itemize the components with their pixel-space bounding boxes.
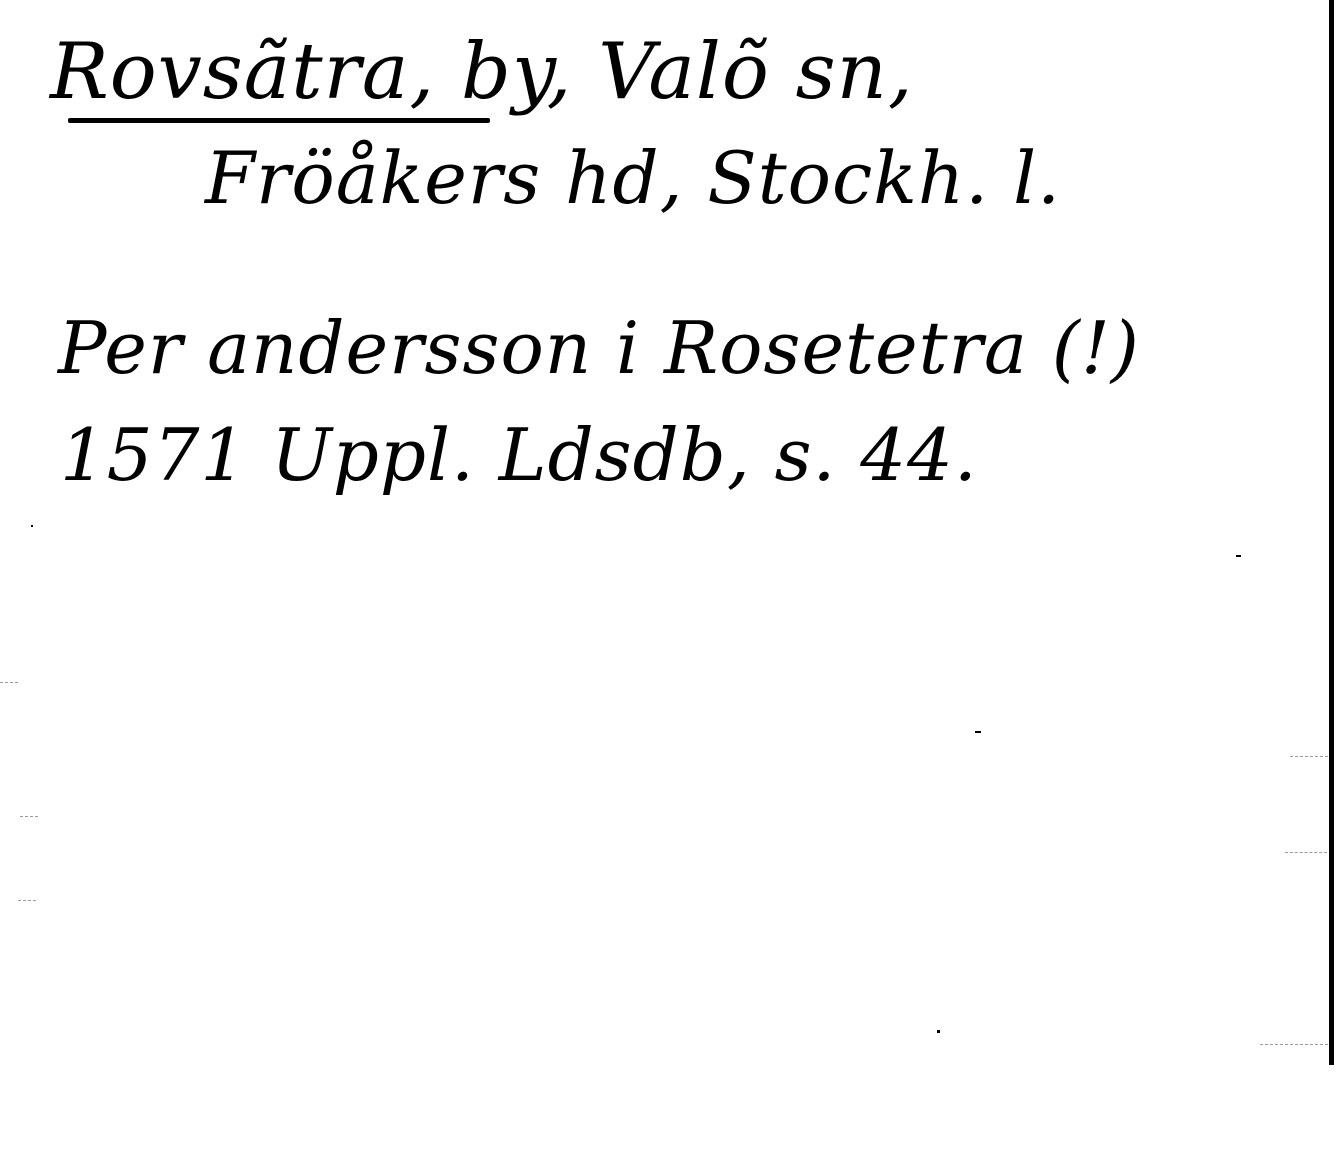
heading-location: , by, Valõ sn,	[409, 27, 913, 117]
headword: Rovsãtra	[50, 22, 409, 122]
card-source-line: 1571 Uppl. Ldsdb, s. 44.	[60, 405, 978, 505]
ink-speck	[975, 731, 981, 733]
ink-speck	[937, 1030, 940, 1033]
card-district-line: Fröåkers hd, Stockh. l.	[205, 128, 1061, 228]
scan-mark	[20, 816, 38, 818]
card-heading-line: Rovsãtra, by, Valõ sn,	[50, 22, 914, 122]
card-right-edge	[1329, 0, 1334, 1065]
scan-mark	[18, 900, 36, 902]
ink-speck	[31, 525, 33, 527]
scan-mark	[1285, 852, 1327, 854]
headword-underline	[68, 118, 490, 123]
index-card: Rovsãtra, by, Valõ sn, Fröåkers hd, Stoc…	[0, 0, 1340, 1150]
scan-mark	[0, 682, 18, 684]
card-attestation-line: Per andersson i Rosetetra (!)	[58, 298, 1140, 398]
ink-speck	[1236, 555, 1241, 557]
scan-mark	[1290, 756, 1328, 758]
scan-mark	[1260, 1044, 1328, 1046]
